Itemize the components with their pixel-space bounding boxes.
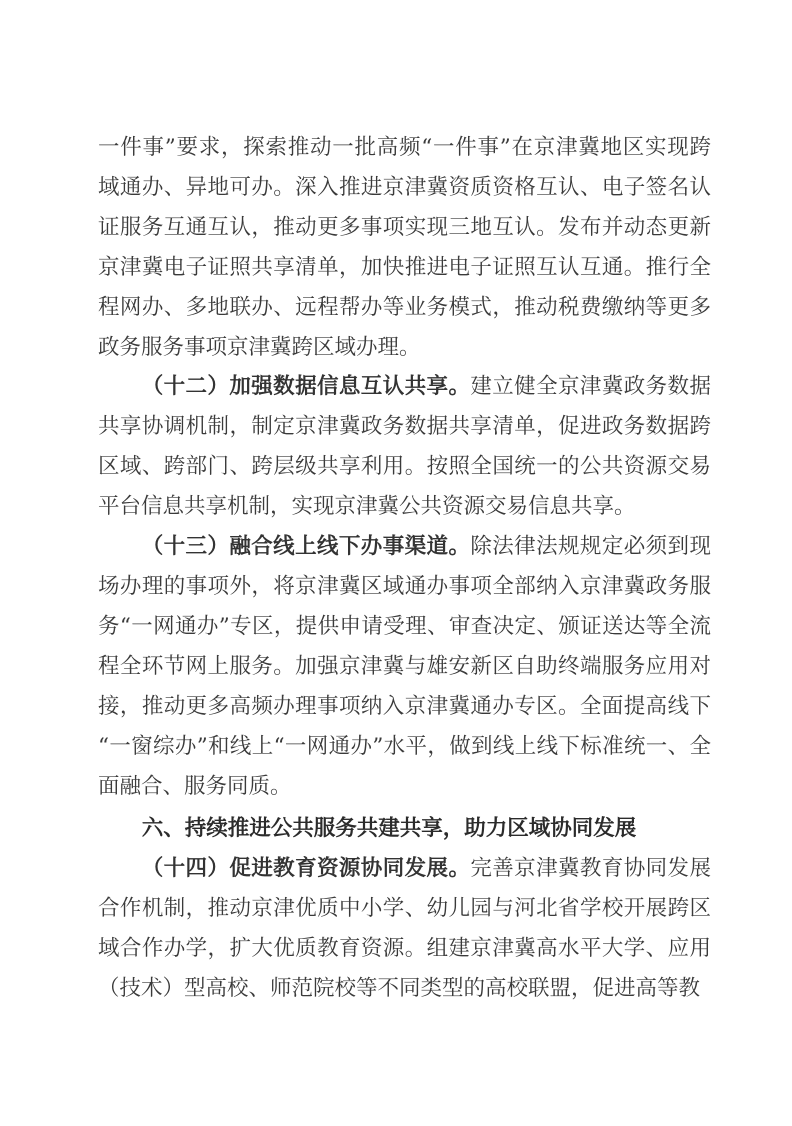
- paragraph-item-12: （十二）加强数据信息互认共享。建立健全京津冀政务数据共享协调机制，制定京津冀政务…: [98, 367, 711, 527]
- paragraph-continuation: 一件事”要求，探索推动一批高频“一件事”在京津冀地区实现跨域通办、异地可办。深入…: [98, 128, 711, 367]
- section-heading: 六、持续推进公共服务共建共享，助力区域协同发展: [98, 809, 711, 849]
- paragraph-item-14: （十四）促进教育资源协同发展。完善京津冀教育协同发展合作机制，推动京津优质中小学…: [98, 849, 711, 1009]
- paragraph-lead: （十三）融合线上线下办事渠道。: [142, 534, 471, 559]
- paragraph-lead: （十二）加强数据信息互认共享。: [142, 374, 471, 399]
- document-page: 一件事”要求，探索推动一批高频“一件事”在京津冀地区实现跨域通办、异地可办。深入…: [0, 0, 792, 1126]
- document-content: 一件事”要求，探索推动一批高频“一件事”在京津冀地区实现跨域通办、异地可办。深入…: [98, 128, 711, 1009]
- paragraph-text: 除法律法规规定必须到现场办理的事项外，将京津冀区域通办事项全部纳入京津冀政务服务…: [98, 534, 711, 798]
- paragraph-lead: （十四）促进教育资源协同发展。: [142, 856, 471, 881]
- paragraph-item-13: （十三）融合线上线下办事渠道。除法律法规规定必须到现场办理的事项外，将京津冀区域…: [98, 527, 711, 806]
